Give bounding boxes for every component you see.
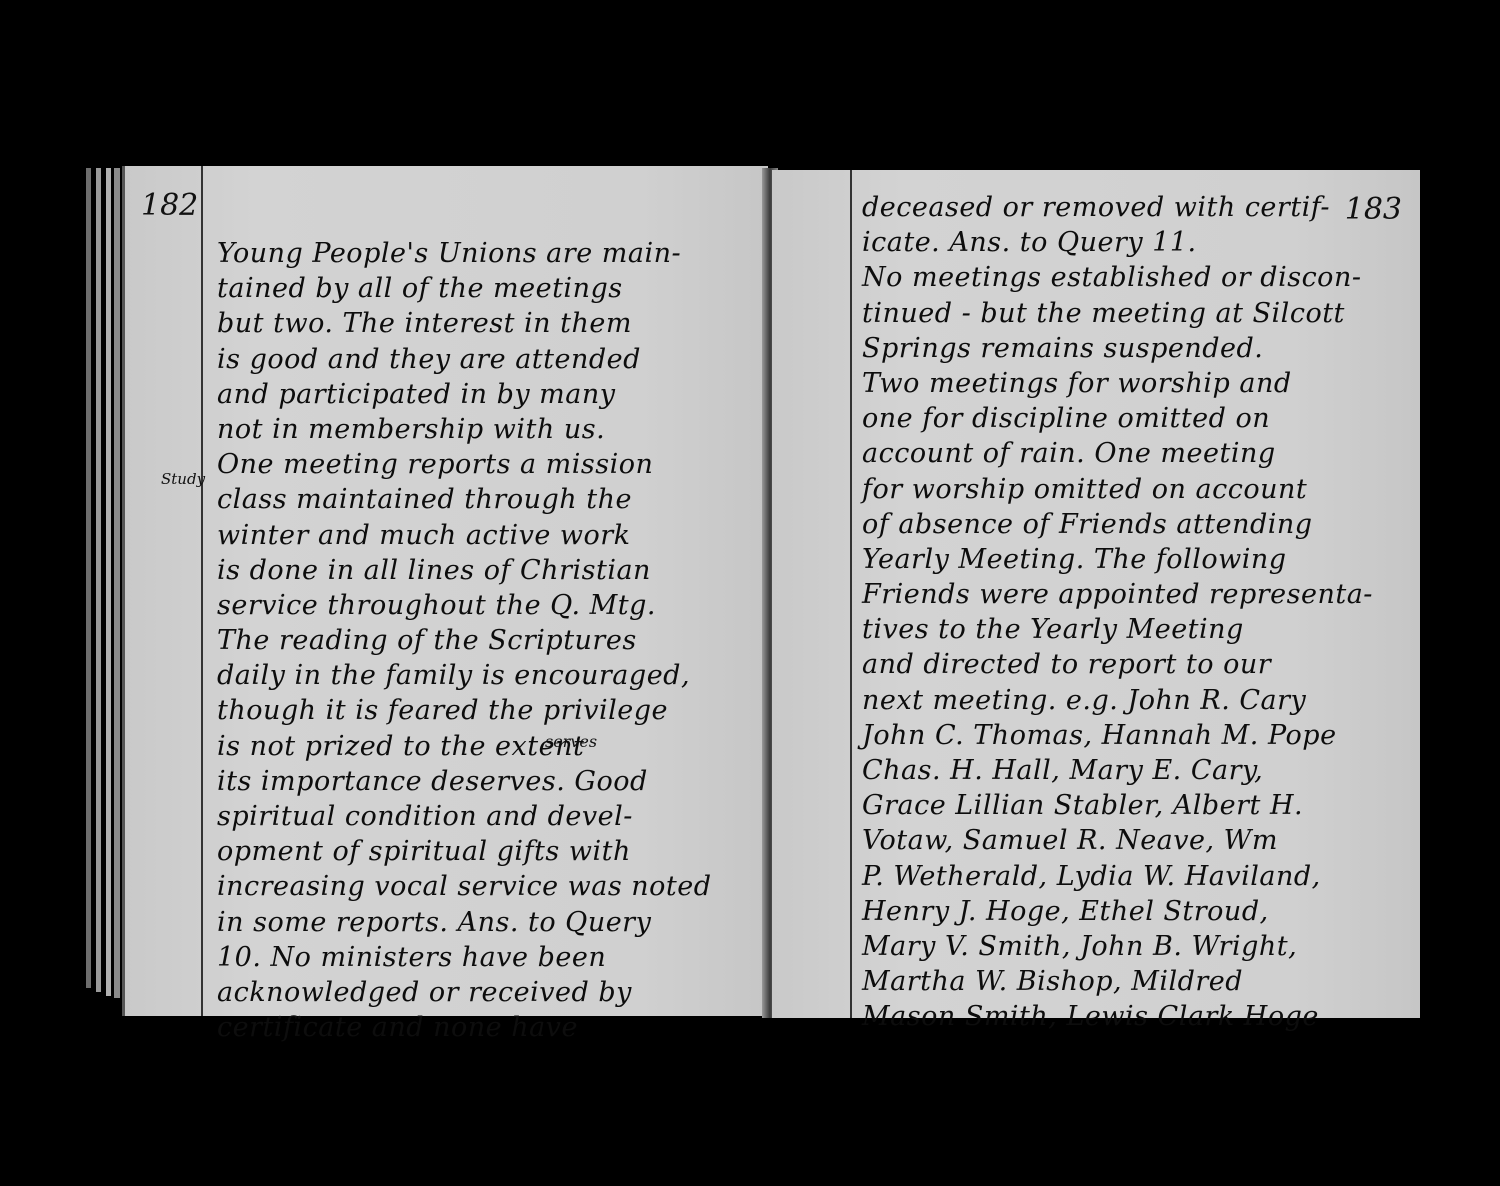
text-line: class maintained through the [217, 482, 712, 517]
text-line: and participated in by many [217, 377, 712, 412]
text-line: P. Wetherald, Lydia W. Haviland, [862, 859, 1373, 894]
text-line: Young People's Unions are main- [217, 236, 712, 271]
text-line: Votaw, Samuel R. Neave, Wm [862, 823, 1373, 858]
text-line: not in membership with us. [217, 412, 712, 447]
left-page: 182 Study serves Young People's Unions a… [122, 166, 768, 1016]
text-line: Two meetings for worship and [862, 366, 1373, 401]
text-line: is done in all lines of Christian [217, 553, 712, 588]
text-line: Mason Smith, Lewis Clark Hoge [862, 999, 1373, 1034]
margin-annotation: Study [161, 470, 205, 488]
text-line: winter and much active work [217, 518, 712, 553]
page-stack-edge [114, 168, 120, 998]
text-line: certificate and none have [217, 1010, 712, 1045]
text-line: Chas. H. Hall, Mary E. Cary, [862, 753, 1373, 788]
text-line: No meetings established or discon- [862, 260, 1373, 295]
text-line: service throughout the Q. Mtg. [217, 588, 712, 623]
text-line: icate. Ans. to Query 11. [862, 225, 1373, 260]
text-line: One meeting reports a mission [217, 447, 712, 482]
right-page: 183 deceased or removed with certif- ica… [772, 170, 1420, 1018]
text-line: 10. No ministers have been [217, 940, 712, 975]
text-line: Martha W. Bishop, Mildred [862, 964, 1373, 999]
text-line: and directed to report to our [862, 647, 1373, 682]
text-line: Grace Lillian Stabler, Albert H. [862, 788, 1373, 823]
text-line: daily in the family is encouraged, [217, 658, 712, 693]
text-line: its importance deserves. Good [217, 764, 712, 799]
text-line: Henry J. Hoge, Ethel Stroud, [862, 894, 1373, 929]
text-line: John C. Thomas, Hannah M. Pope [862, 718, 1373, 753]
text-line: deceased or removed with certif- [862, 190, 1373, 225]
margin-rule [201, 166, 203, 1016]
text-line: Yearly Meeting. The following [862, 542, 1373, 577]
text-line: for worship omitted on account [862, 472, 1373, 507]
ledger-spread: 182 Study serves Young People's Unions a… [0, 0, 1500, 1186]
text-line: but two. The interest in them [217, 306, 712, 341]
page-stack-edge [96, 168, 101, 992]
text-line: in some reports. Ans. to Query [217, 905, 712, 940]
text-line: increasing vocal service was noted [217, 869, 712, 904]
text-line: though it is feared the privilege [217, 693, 712, 728]
text-line: The reading of the Scriptures [217, 623, 712, 658]
handwritten-text: deceased or removed with certif- icate. … [862, 190, 1373, 1035]
text-line: is good and they are attended [217, 342, 712, 377]
text-line: tinued - but the meeting at Silcott [862, 296, 1373, 331]
text-line: Springs remains suspended. [862, 331, 1373, 366]
text-line: next meeting. e.g. John R. Cary [862, 683, 1373, 718]
text-line: Friends were appointed representa- [862, 577, 1373, 612]
margin-rule [850, 170, 852, 1018]
text-line: one for discipline omitted on [862, 401, 1373, 436]
text-line: spiritual condition and devel- [217, 799, 712, 834]
text-line: opment of spiritual gifts with [217, 834, 712, 869]
text-line: is not prized to the extent [217, 729, 712, 764]
text-line: tained by all of the meetings [217, 271, 712, 306]
text-line: Mary V. Smith, John B. Wright, [862, 929, 1373, 964]
page-stack-edge [86, 168, 91, 988]
text-line: account of rain. One meeting [862, 436, 1373, 471]
text-line: acknowledged or received by [217, 975, 712, 1010]
page-stack-edge [106, 168, 111, 996]
handwritten-text: Young People's Unions are main- tained b… [217, 236, 712, 1045]
text-line: of absence of Friends attending [862, 507, 1373, 542]
text-line: tives to the Yearly Meeting [862, 612, 1373, 647]
page-number: 182 [141, 188, 198, 223]
